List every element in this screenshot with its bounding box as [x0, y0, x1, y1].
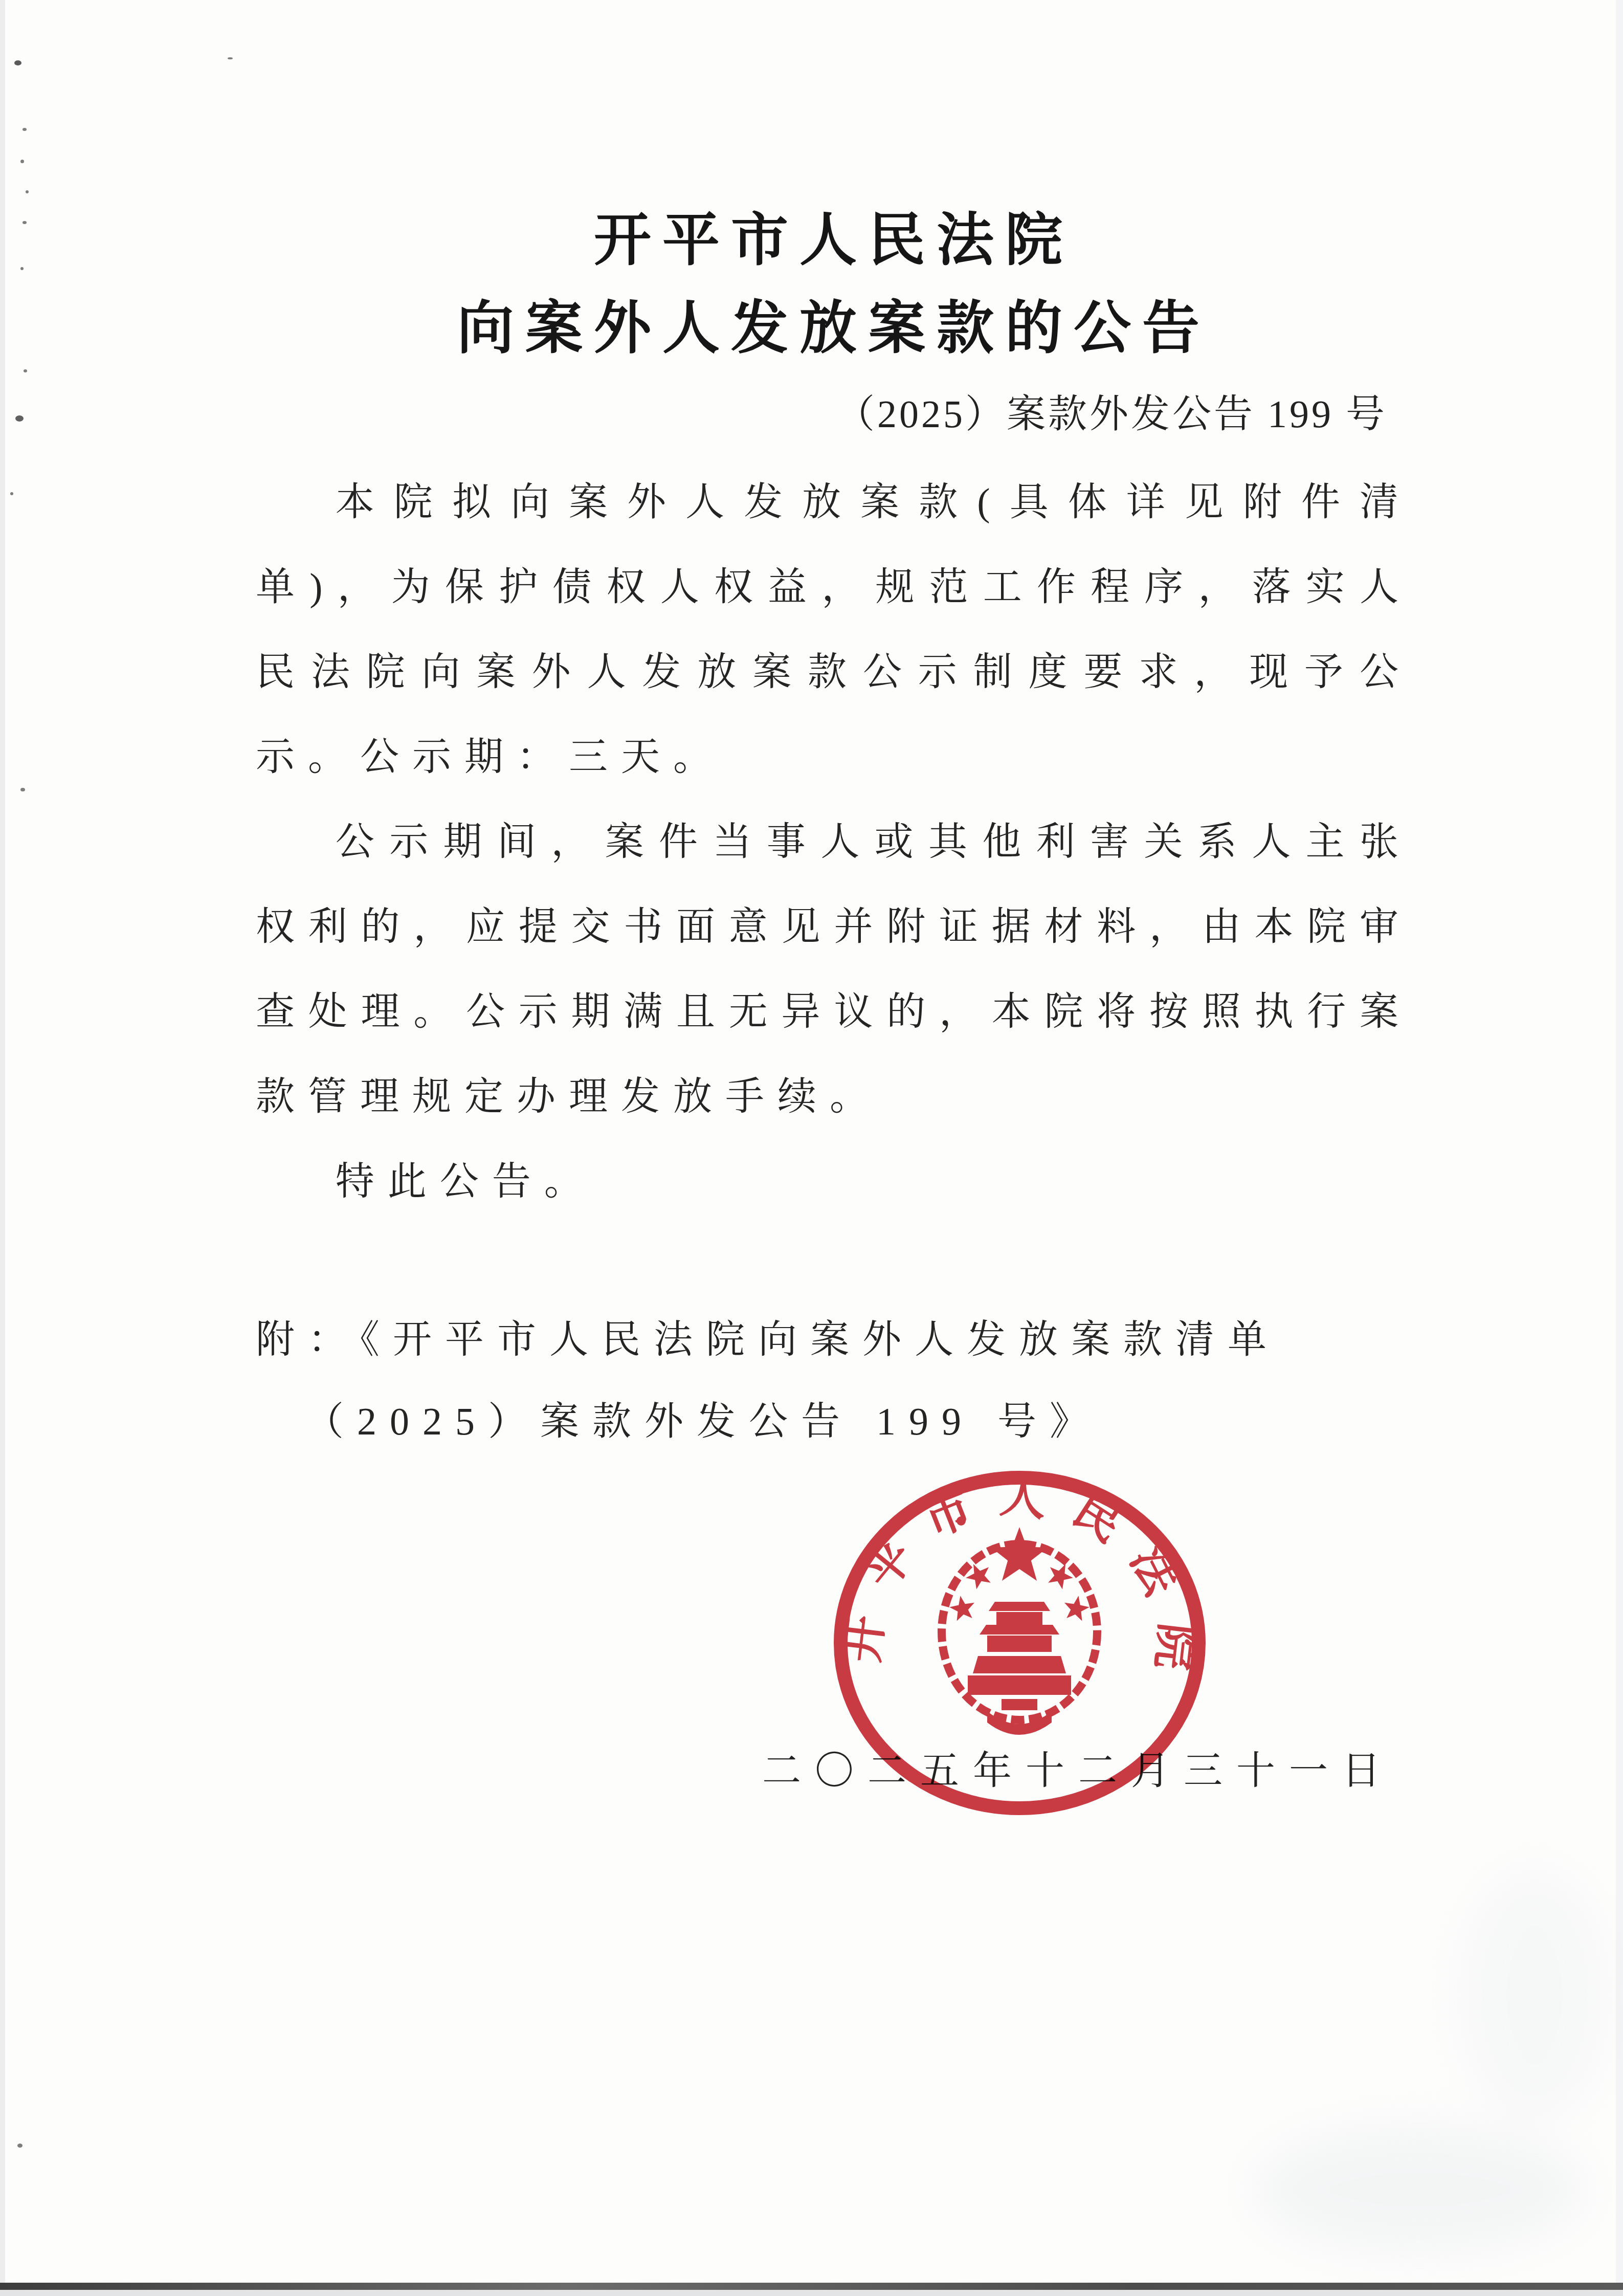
- scan-edge-right: [1616, 0, 1623, 2296]
- announcement-body: 本院拟向案外人发放案款(具体详见附件清单)，为保护债权人权益，规范工作程序，落实…: [256, 460, 1412, 1224]
- paragraph-1: 本院拟向案外人发放案款(具体详见附件清单)，为保护债权人权益，规范工作程序，落实…: [256, 460, 1412, 800]
- scan-shadow-blob: [1458, 1867, 1611, 2123]
- scan-speck: [23, 128, 27, 131]
- scan-speck: [17, 2144, 23, 2148]
- scanned-court-announcement-page: 开平市人民法院 向案外人发放案款的公告 （2025）案款外发公告 199 号 本…: [0, 0, 1623, 2296]
- scan-bottom-edge-line: [0, 2283, 1623, 2290]
- document-number: （2025）案款外发公告 199 号: [256, 376, 1412, 453]
- paragraph-closing: 特此公告。: [256, 1139, 1412, 1224]
- announcement-document: 开平市人民法院 向案外人发放案款的公告 （2025）案款外发公告 199 号 本…: [256, 197, 1412, 1463]
- scan-speck: [20, 788, 25, 791]
- scan-shadow-blob: [1253, 2123, 1586, 2256]
- paragraph-2: 公示期间，案件当事人或其他利害关系人主张权利的，应提交书面意见并附证据材料，由本…: [256, 800, 1412, 1139]
- court-name-title: 开平市人民法院: [256, 197, 1412, 285]
- scan-speck: [20, 267, 24, 270]
- scan-bottom-edge-strip: [0, 2290, 1623, 2296]
- scan-edge-left: [0, 0, 5, 2296]
- scan-speck: [10, 492, 13, 495]
- scan-speck: [20, 160, 24, 163]
- national-emblem-icon: [942, 1527, 1097, 1735]
- seal-ink-dot: [957, 1516, 966, 1526]
- announcement-title: 向案外人发放案款的公告: [256, 285, 1412, 373]
- official-court-seal: 开平市人民法院: [834, 1471, 1206, 1815]
- scan-speck: [26, 190, 29, 193]
- attachment-line-2: （2025）案款外发公告 199 号》: [256, 1381, 1412, 1463]
- attachment-reference: 附：《开平市人民法院向案外人发放案款清单 （2025）案款外发公告 199 号》: [256, 1299, 1412, 1463]
- scan-speck: [15, 415, 24, 422]
- scan-speck: [23, 221, 27, 224]
- scan-speck: [24, 369, 27, 372]
- attachment-line-1: 附：《开平市人民法院向案外人发放案款清单: [256, 1299, 1412, 1381]
- scan-speck: [228, 57, 233, 59]
- scan-speck: [14, 60, 21, 65]
